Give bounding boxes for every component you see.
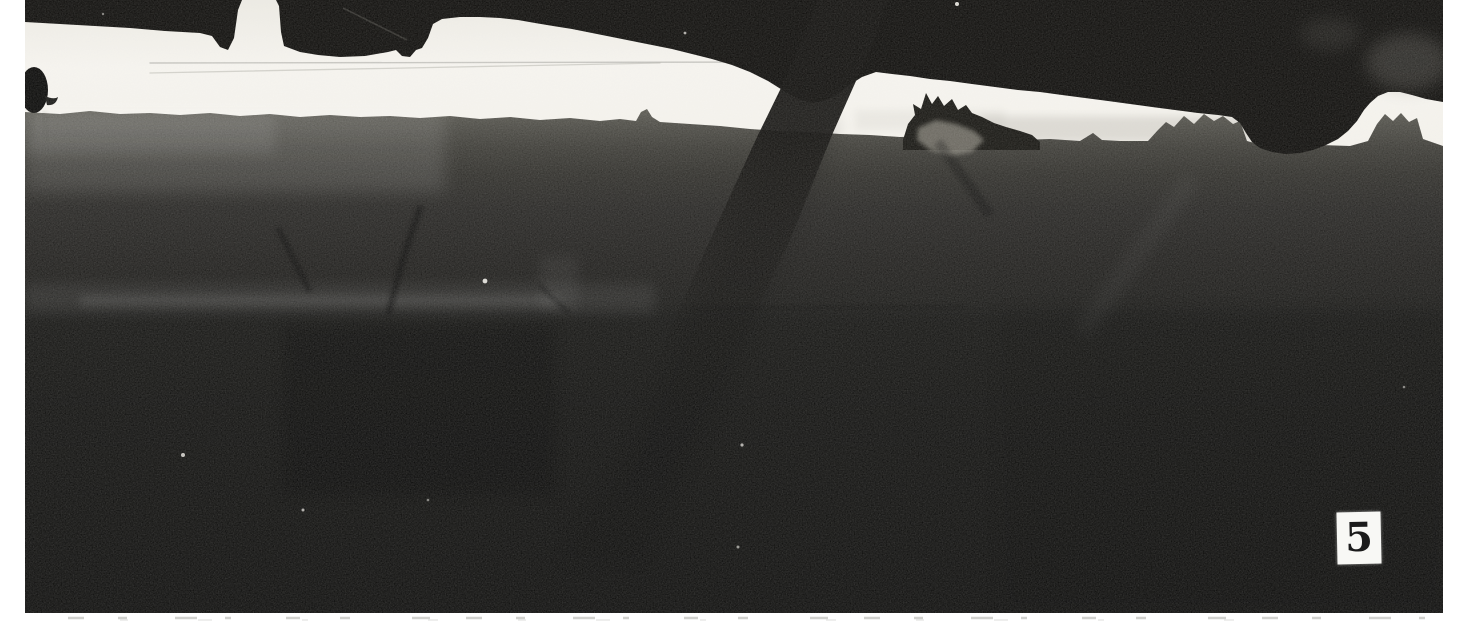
photo-area bbox=[20, 0, 1450, 613]
figure-number-label: 5 bbox=[1336, 512, 1381, 565]
photograph: 5 bbox=[0, 0, 1467, 638]
page-background: 5 bbox=[0, 0, 1467, 638]
figure-number-text: 5 bbox=[1345, 518, 1374, 559]
page-residue-line bbox=[68, 618, 1438, 620]
film-grain-overlay bbox=[25, 0, 1443, 613]
photo-canvas bbox=[0, 0, 1467, 638]
